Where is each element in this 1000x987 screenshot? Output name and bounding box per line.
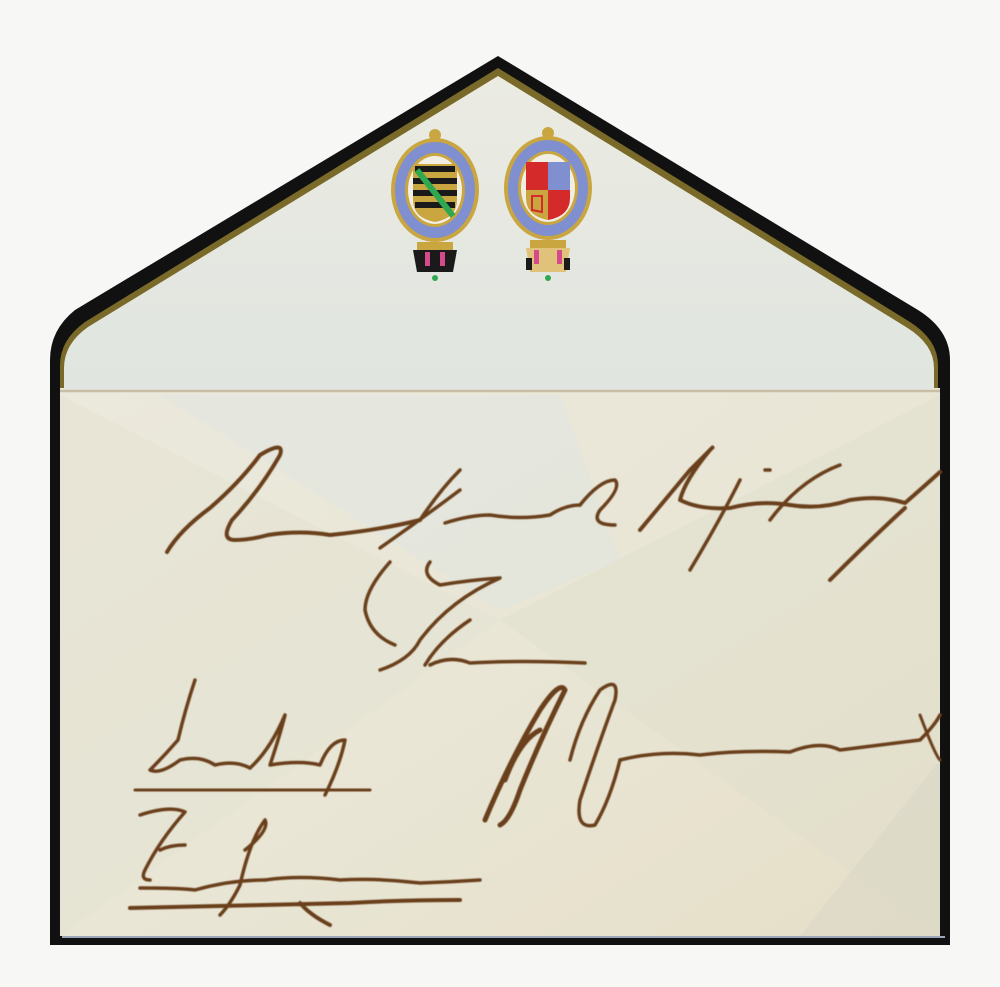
envelope-illustration xyxy=(0,0,1000,987)
envelope-flap xyxy=(64,76,934,390)
